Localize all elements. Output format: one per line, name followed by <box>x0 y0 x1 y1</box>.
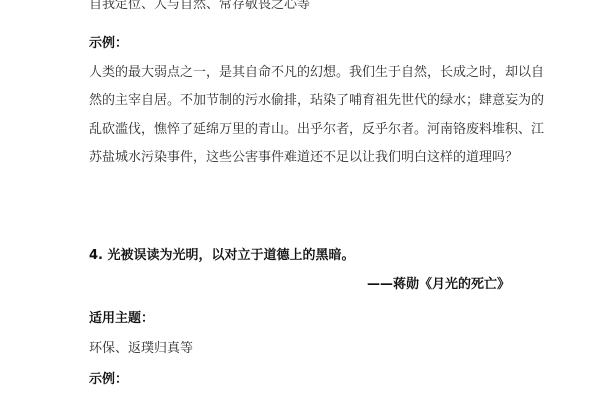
document-page: 自我定位、人与自然、常存敬畏之心等 示例： 人类的最大弱点之一，是其自命不凡的幻… <box>0 0 600 400</box>
example-paragraph-line: 然的主宰自居。不加节制的污水偷排，玷染了哺育祖先世代的绿水；肆意妄为的 <box>89 93 544 109</box>
quote-attribution: ——蒋勋《月光的死亡》 <box>367 277 510 293</box>
theme-value: 环保、返璞归真等 <box>89 341 193 357</box>
quote-heading: 4. 光被误读为光明，以对立于道德上的黑暗。 <box>89 248 355 264</box>
example-paragraph-line: 苏盐城水污染事件，这些公害事件难道还不足以让我们明白这样的道理吗？ <box>89 150 518 166</box>
example-label: 示例： <box>89 36 128 52</box>
theme-label: 适用主题： <box>89 311 154 327</box>
example-label: 示例： <box>89 372 128 388</box>
theme-value-top: 自我定位、人与自然、常存敬畏之心等 <box>89 0 310 13</box>
example-paragraph-line: 人类的最大弱点之一，是其自命不凡的幻想。我们生于自然，长成之时，却以自 <box>89 65 544 81</box>
example-paragraph-line: 乱砍滥伐，憔悴了延绵万里的青山。出乎尔者，反乎尔者。河南铬废料堆积、江 <box>89 122 544 138</box>
